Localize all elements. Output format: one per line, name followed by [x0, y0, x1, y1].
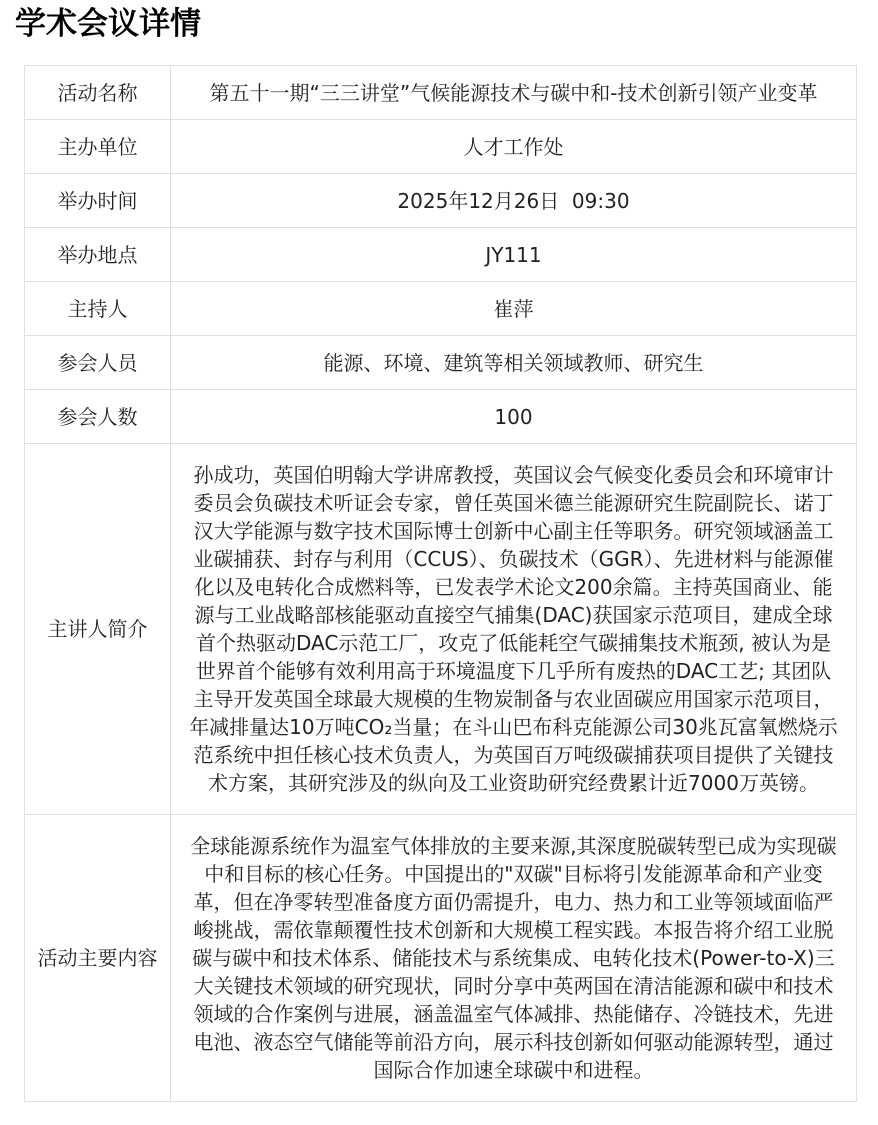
row-activity-name: 活动名称 第五十一期“三三讲堂”气候能源技术与碳中和-技术创新引领产业变革: [25, 66, 857, 120]
row-label-speaker-bio: 主讲人简介: [25, 444, 171, 815]
row-label-participants: 参会人员: [25, 336, 171, 390]
row-event-location: 举办地点 JY111: [25, 228, 857, 282]
row-value-main-content: 全球能源系统作为温室气体排放的主要来源,其深度脱碳转型已成为实现碳中和目标的核心…: [171, 815, 857, 1102]
conference-detail-page: 学术会议详情 活动名称 第五十一期“三三讲堂”气候能源技术与碳中和-技术创新引领…: [0, 0, 878, 1125]
row-participants: 参会人员 能源、环境、建筑等相关领域教师、研究生: [25, 336, 857, 390]
row-value-participant-count: 100: [171, 390, 857, 444]
row-label-activity-name: 活动名称: [25, 66, 171, 120]
row-label-event-location: 举办地点: [25, 228, 171, 282]
row-value-participants: 能源、环境、建筑等相关领域教师、研究生: [171, 336, 857, 390]
row-value-speaker-bio: 孙成功，英国伯明翰大学讲席教授，英国议会气候变化委员会和环境审计委员会负碳技术听…: [171, 444, 857, 815]
row-label-organizer: 主办单位: [25, 120, 171, 174]
row-label-participant-count: 参会人数: [25, 390, 171, 444]
row-label-host: 主持人: [25, 282, 171, 336]
row-value-host: 崔萍: [171, 282, 857, 336]
row-label-event-time: 举办时间: [25, 174, 171, 228]
row-speaker-bio: 主讲人简介 孙成功，英国伯明翰大学讲席教授，英国议会气候变化委员会和环境审计委员…: [25, 444, 857, 815]
row-main-content: 活动主要内容 全球能源系统作为温室气体排放的主要来源,其深度脱碳转型已成为实现碳…: [25, 815, 857, 1102]
page-title: 学术会议详情: [15, 6, 865, 43]
row-value-organizer: 人才工作处: [171, 120, 857, 174]
row-value-event-location: JY111: [171, 228, 857, 282]
row-label-main-content: 活动主要内容: [25, 815, 171, 1102]
conference-detail-table: 活动名称 第五十一期“三三讲堂”气候能源技术与碳中和-技术创新引领产业变革 主办…: [24, 65, 857, 1102]
row-event-time: 举办时间 2025年12月26日 09:30: [25, 174, 857, 228]
row-organizer: 主办单位 人才工作处: [25, 120, 857, 174]
row-participant-count: 参会人数 100: [25, 390, 857, 444]
row-value-activity-name: 第五十一期“三三讲堂”气候能源技术与碳中和-技术创新引领产业变革: [171, 66, 857, 120]
row-value-event-time: 2025年12月26日 09:30: [171, 174, 857, 228]
row-host: 主持人 崔萍: [25, 282, 857, 336]
